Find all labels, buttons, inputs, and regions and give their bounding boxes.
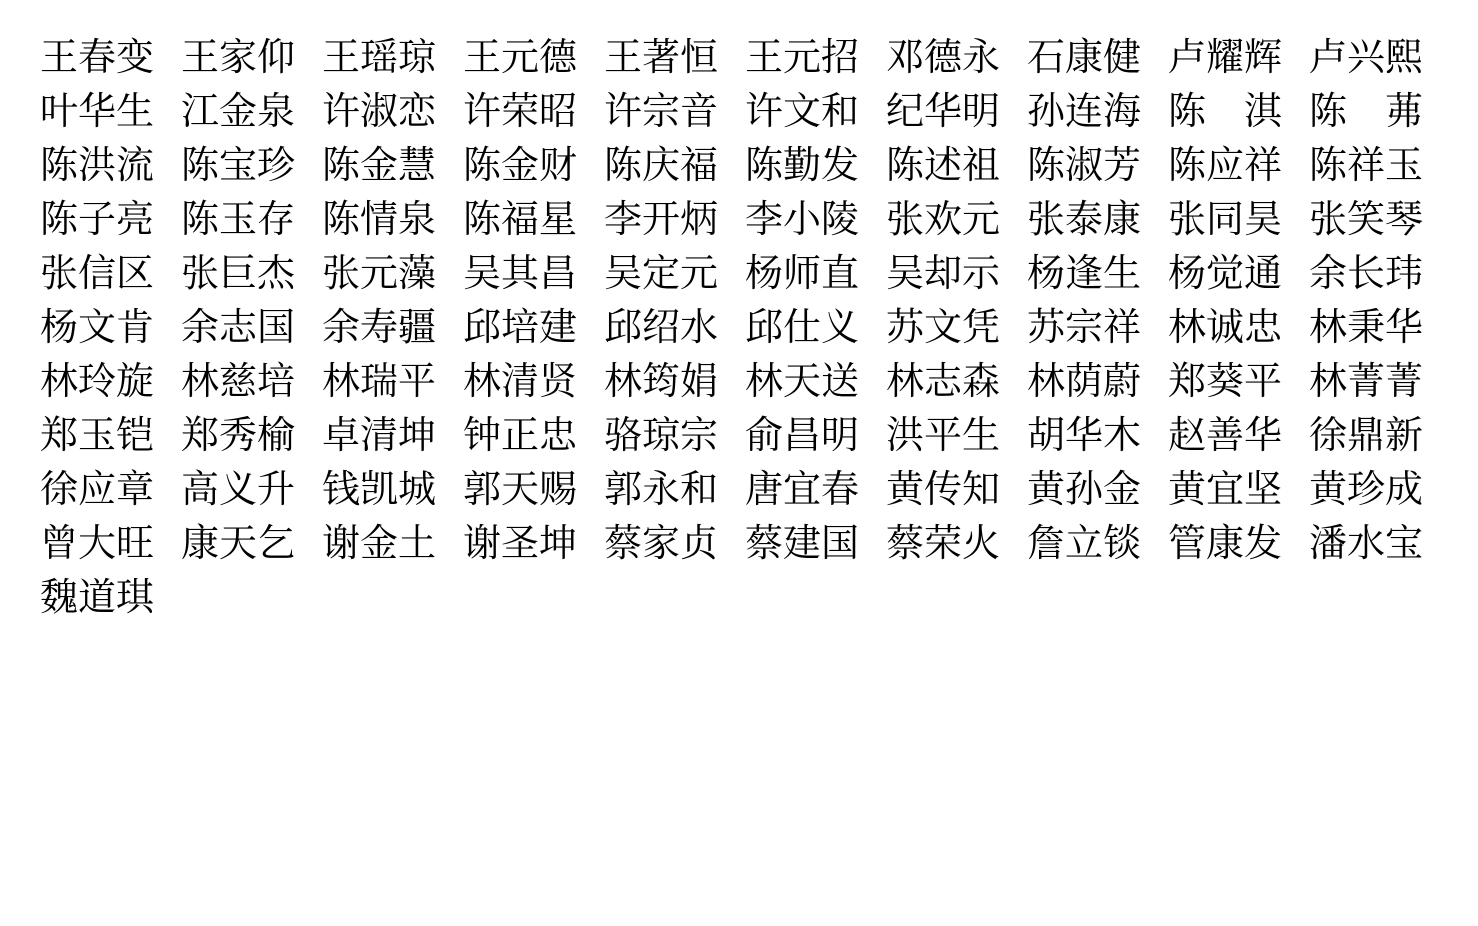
person-name: 王家仰 bbox=[181, 31, 322, 85]
person-name: 蔡建国 bbox=[745, 517, 886, 571]
person-name: 张元藻 bbox=[322, 247, 463, 301]
person-name: 林慈培 bbox=[181, 355, 322, 409]
person-name: 苏宗祥 bbox=[1027, 301, 1168, 355]
person-name: 谢圣坤 bbox=[463, 517, 604, 571]
person-name: 张笑琴 bbox=[1309, 193, 1450, 247]
person-name: 邱仕义 bbox=[745, 301, 886, 355]
person-name: 张泰康 bbox=[1027, 193, 1168, 247]
person-name: 卢耀辉 bbox=[1168, 31, 1309, 85]
person-name: 黄珍成 bbox=[1309, 463, 1450, 517]
person-name: 吴定元 bbox=[604, 247, 745, 301]
person-name: 林荫蔚 bbox=[1027, 355, 1168, 409]
person-name: 杨文肯 bbox=[40, 301, 181, 355]
person-name: 许文和 bbox=[745, 85, 886, 139]
person-name: 陈福星 bbox=[463, 193, 604, 247]
person-name: 余寿疆 bbox=[322, 301, 463, 355]
person-name: 陈庆福 bbox=[604, 139, 745, 193]
person-name: 张同昊 bbox=[1168, 193, 1309, 247]
person-name: 曾大旺 bbox=[40, 517, 181, 571]
person-name: 陈宝珍 bbox=[181, 139, 322, 193]
person-name: 林秉华 bbox=[1309, 301, 1450, 355]
person-name: 陈述祖 bbox=[886, 139, 1027, 193]
person-name: 邓德永 bbox=[886, 31, 1027, 85]
person-name: 徐应章 bbox=[40, 463, 181, 517]
person-name: 吴却示 bbox=[886, 247, 1027, 301]
person-name: 许淑恋 bbox=[322, 85, 463, 139]
person-name: 王著恒 bbox=[604, 31, 745, 85]
person-name: 郭永和 bbox=[604, 463, 745, 517]
person-name: 钱凯城 bbox=[322, 463, 463, 517]
person-name: 陈 茀 bbox=[1309, 85, 1450, 139]
person-name: 黄传知 bbox=[886, 463, 1027, 517]
person-name: 赵善华 bbox=[1168, 409, 1309, 463]
person-name: 俞昌明 bbox=[745, 409, 886, 463]
person-name: 陈祥玉 bbox=[1309, 139, 1450, 193]
name-grid: 王春变王家仰王瑶琼王元德王著恒王元招邓德永石康健卢耀辉卢兴熙叶华生江金泉许淑恋许… bbox=[0, 0, 1478, 625]
person-name: 骆琼宗 bbox=[604, 409, 745, 463]
person-name: 郑葵平 bbox=[1168, 355, 1309, 409]
person-name: 王瑶琼 bbox=[322, 31, 463, 85]
person-name: 林菁菁 bbox=[1309, 355, 1450, 409]
person-name: 陈金慧 bbox=[322, 139, 463, 193]
person-name: 邱培建 bbox=[463, 301, 604, 355]
person-name: 陈金财 bbox=[463, 139, 604, 193]
person-name: 胡华木 bbox=[1027, 409, 1168, 463]
person-name: 林筠娟 bbox=[604, 355, 745, 409]
person-name: 林天送 bbox=[745, 355, 886, 409]
person-name: 卓清坤 bbox=[322, 409, 463, 463]
person-name: 洪平生 bbox=[886, 409, 1027, 463]
person-name: 高义升 bbox=[181, 463, 322, 517]
person-name: 李开炳 bbox=[604, 193, 745, 247]
person-name: 杨逢生 bbox=[1027, 247, 1168, 301]
person-name: 潘水宝 bbox=[1309, 517, 1450, 571]
person-name: 陈淑芳 bbox=[1027, 139, 1168, 193]
person-name: 卢兴熙 bbox=[1309, 31, 1450, 85]
person-name: 孙连海 bbox=[1027, 85, 1168, 139]
person-name: 邱绍水 bbox=[604, 301, 745, 355]
person-name: 郑玉铠 bbox=[40, 409, 181, 463]
person-name: 苏文凭 bbox=[886, 301, 1027, 355]
person-name: 管康发 bbox=[1168, 517, 1309, 571]
person-name: 蔡家贞 bbox=[604, 517, 745, 571]
person-name: 郭天赐 bbox=[463, 463, 604, 517]
person-name: 许宗音 bbox=[604, 85, 745, 139]
person-name: 许荣昭 bbox=[463, 85, 604, 139]
person-name: 张信区 bbox=[40, 247, 181, 301]
person-name: 林瑞平 bbox=[322, 355, 463, 409]
person-name: 叶华生 bbox=[40, 85, 181, 139]
person-name: 徐鼎新 bbox=[1309, 409, 1450, 463]
person-name: 林志森 bbox=[886, 355, 1027, 409]
person-name: 陈应祥 bbox=[1168, 139, 1309, 193]
person-name: 杨师直 bbox=[745, 247, 886, 301]
person-name: 郑秀榆 bbox=[181, 409, 322, 463]
person-name: 王元德 bbox=[463, 31, 604, 85]
person-name: 林诚忠 bbox=[1168, 301, 1309, 355]
person-name: 陈勤发 bbox=[745, 139, 886, 193]
person-name: 詹立锬 bbox=[1027, 517, 1168, 571]
person-name: 余长玮 bbox=[1309, 247, 1450, 301]
person-name: 黄孙金 bbox=[1027, 463, 1168, 517]
person-name: 张巨杰 bbox=[181, 247, 322, 301]
person-name: 林清贤 bbox=[463, 355, 604, 409]
person-name: 李小陵 bbox=[745, 193, 886, 247]
person-name: 杨觉通 bbox=[1168, 247, 1309, 301]
person-name: 王元招 bbox=[745, 31, 886, 85]
person-name: 张欢元 bbox=[886, 193, 1027, 247]
person-name: 陈玉存 bbox=[181, 193, 322, 247]
person-name: 余志国 bbox=[181, 301, 322, 355]
person-name: 纪华明 bbox=[886, 85, 1027, 139]
person-name: 陈 淇 bbox=[1168, 85, 1309, 139]
person-name: 谢金土 bbox=[322, 517, 463, 571]
person-name: 林玲旋 bbox=[40, 355, 181, 409]
person-name: 陈情泉 bbox=[322, 193, 463, 247]
name-list-page: 王春变王家仰王瑶琼王元德王著恒王元招邓德永石康健卢耀辉卢兴熙叶华生江金泉许淑恋许… bbox=[0, 0, 1478, 926]
person-name: 吴其昌 bbox=[463, 247, 604, 301]
person-name: 黄宜坚 bbox=[1168, 463, 1309, 517]
person-name: 康天乞 bbox=[181, 517, 322, 571]
person-name: 王春变 bbox=[40, 31, 181, 85]
person-name: 江金泉 bbox=[181, 85, 322, 139]
person-name: 唐宜春 bbox=[745, 463, 886, 517]
person-name: 陈子亮 bbox=[40, 193, 181, 247]
person-name: 石康健 bbox=[1027, 31, 1168, 85]
person-name: 陈洪流 bbox=[40, 139, 181, 193]
person-name: 魏道琪 bbox=[40, 571, 181, 625]
person-name: 蔡荣火 bbox=[886, 517, 1027, 571]
person-name: 钟正忠 bbox=[463, 409, 604, 463]
